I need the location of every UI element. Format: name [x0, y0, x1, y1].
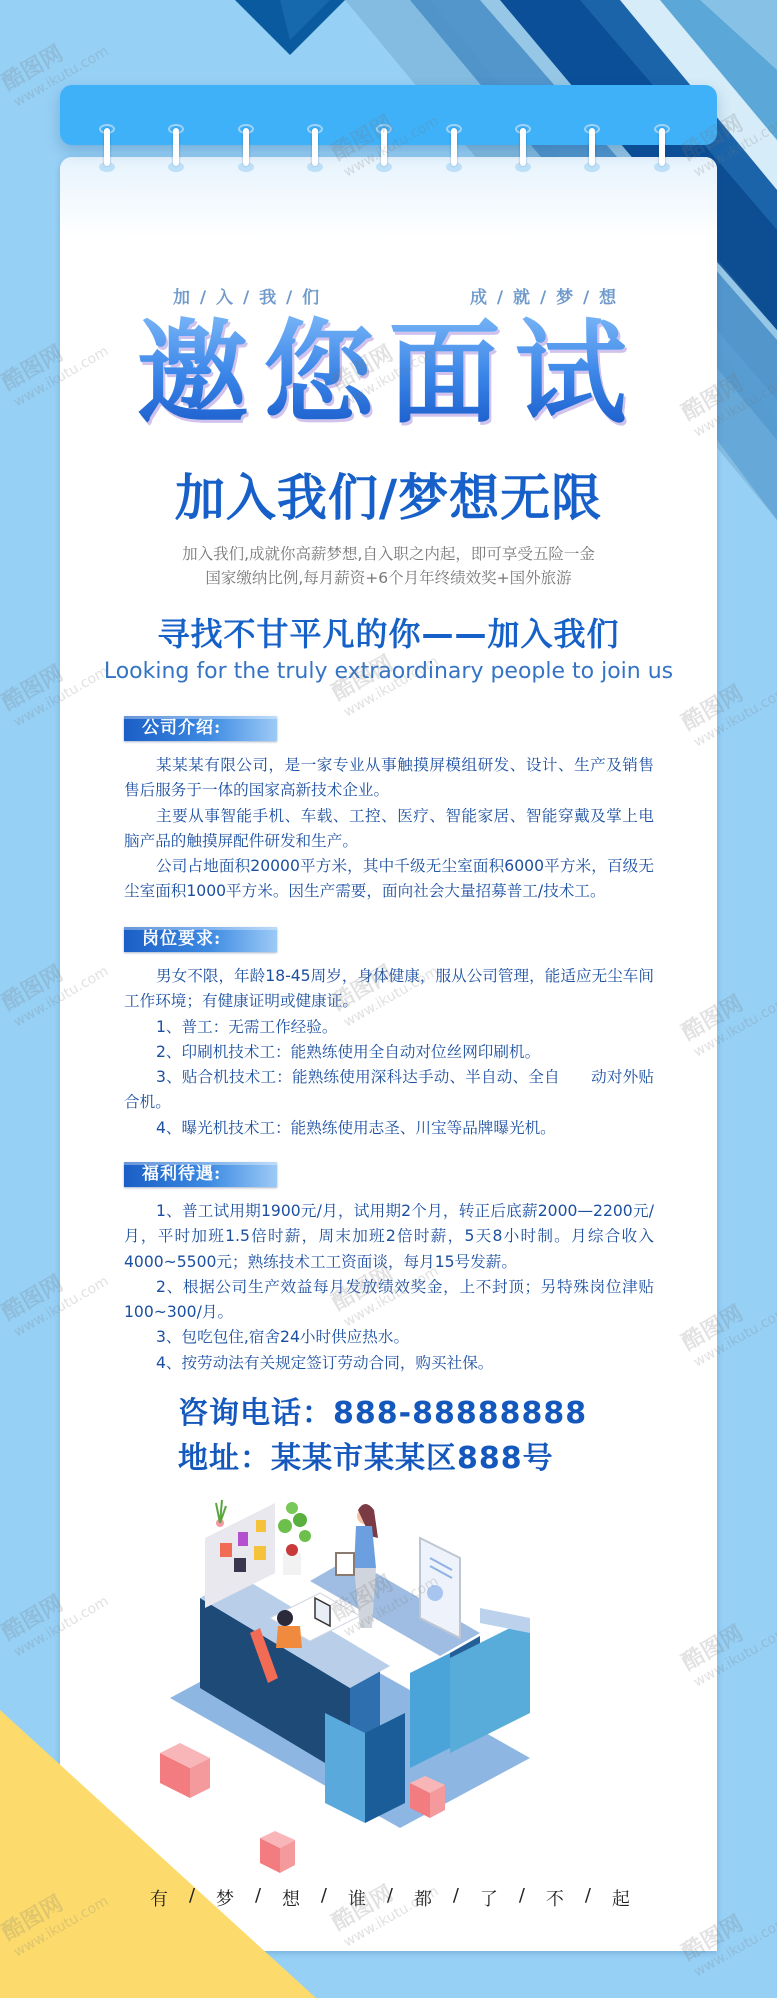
tagline-achieve-dream: 成 / 就 / 梦 / 想	[470, 283, 618, 308]
footer-char: 想	[282, 1885, 300, 1911]
footer-char: 都	[414, 1885, 432, 1911]
section-label: 福利待遇:	[124, 1162, 277, 1187]
intro-text: 加入我们,成就你高薪梦想,自入职之内起，即可享受五险一金 国家缴纳比例,每月薪资…	[0, 542, 777, 590]
paragraph: 主要从事智能手机、车载、工控、医疗、智能家居、智能穿戴及掌上电脑产品的触摸屏配件…	[124, 804, 654, 855]
paragraph: 某某某有限公司，是一家专业从事触摸屏模组研发、设计、生产及销售售后服务于一体的国…	[124, 753, 654, 804]
paragraph: 1、普工：无需工作经验。	[124, 1015, 654, 1040]
paragraph: 4、曝光机技术工：能熟练使用志圣、川宝等品牌曝光机。	[124, 1116, 654, 1141]
footer-char: 起	[612, 1885, 630, 1911]
main-title: 邀您面试	[0, 312, 777, 436]
section-benefits: 福利待遇: 1、普工试用期1900元/月，试用期2个月，转正后底薪2000—22…	[124, 1162, 654, 1376]
section-company-intro: 公司介绍: 某某某有限公司，是一家专业从事触摸屏模组研发、设计、生产及销售售后服…	[124, 716, 654, 905]
paragraph: 3、包吃包住,宿舍24小时供应热水。	[124, 1325, 654, 1350]
footer-separator: /	[387, 1885, 393, 1911]
section-label: 公司介绍:	[124, 716, 277, 741]
headline: 寻找不甘平凡的你——加入我们	[0, 609, 777, 655]
intro-line: 国家缴纳比例,每月薪资+6个月年终绩效奖+国外旅游	[0, 566, 777, 590]
card-top-fade	[60, 157, 717, 239]
footer-char: 谁	[348, 1885, 366, 1911]
footer-char: 不	[546, 1885, 564, 1911]
footer-separator: /	[519, 1885, 525, 1911]
paragraph: 1、普工试用期1900元/月，试用期2个月，转正后底薪2000—2200元/月，…	[124, 1199, 654, 1275]
footer-char: 了	[480, 1885, 498, 1911]
calendar-header-bar	[60, 85, 717, 145]
footer-separator: /	[255, 1885, 261, 1911]
office-illustration	[150, 1498, 620, 1898]
contact-address: 地址：某某市某某区888号	[178, 1433, 554, 1477]
section-label: 岗位要求:	[124, 927, 277, 952]
paragraph: 男女不限，年龄18-45周岁，身体健康，服从公司管理，能适应无尘车间工作环境；有…	[124, 964, 654, 1015]
paragraph: 2、印刷机技术工：能熟练使用全自动对位丝网印刷机。	[124, 1040, 654, 1065]
footer-separator: /	[321, 1885, 327, 1911]
footer-char: 梦	[216, 1885, 234, 1911]
intro-line: 加入我们,成就你高薪梦想,自入职之内起，即可享受五险一金	[0, 542, 777, 566]
footer-separator: /	[453, 1885, 459, 1911]
footer-separator: /	[585, 1885, 591, 1911]
footer-separator: /	[189, 1885, 195, 1911]
contact-phone: 咨询电话：888-88888888	[178, 1388, 587, 1432]
slogan: 加入我们/梦想无限	[0, 458, 777, 530]
paragraph: 2、根据公司生产效益每月发放绩效奖金，上不封顶；另特殊岗位津贴100~300/月…	[124, 1275, 654, 1326]
section-job-requirements: 岗位要求: 男女不限，年龄18-45周岁，身体健康，服从公司管理，能适应无尘车间…	[124, 927, 654, 1141]
paragraph: 公司占地面积20000平方米，其中千级无尘室面积6000平方米，百级无尘室面积1…	[124, 854, 654, 905]
headline-english: Looking for the truly extraordinary peop…	[0, 659, 777, 684]
footer-slogan: 有 / 梦 / 想 / 谁 / 都 / 了 / 不 / 起	[150, 1885, 630, 1911]
paragraph: 3、贴合机技术工：能熟练使用深科达手动、半自动、全自 动对外贴合机。	[124, 1065, 654, 1116]
footer-char: 有	[150, 1885, 168, 1911]
paragraph: 4、按劳动法有关规定签订劳动合同，购买社保。	[124, 1351, 654, 1376]
tagline-join-us: 加 / 入 / 我 / 们	[173, 283, 321, 308]
